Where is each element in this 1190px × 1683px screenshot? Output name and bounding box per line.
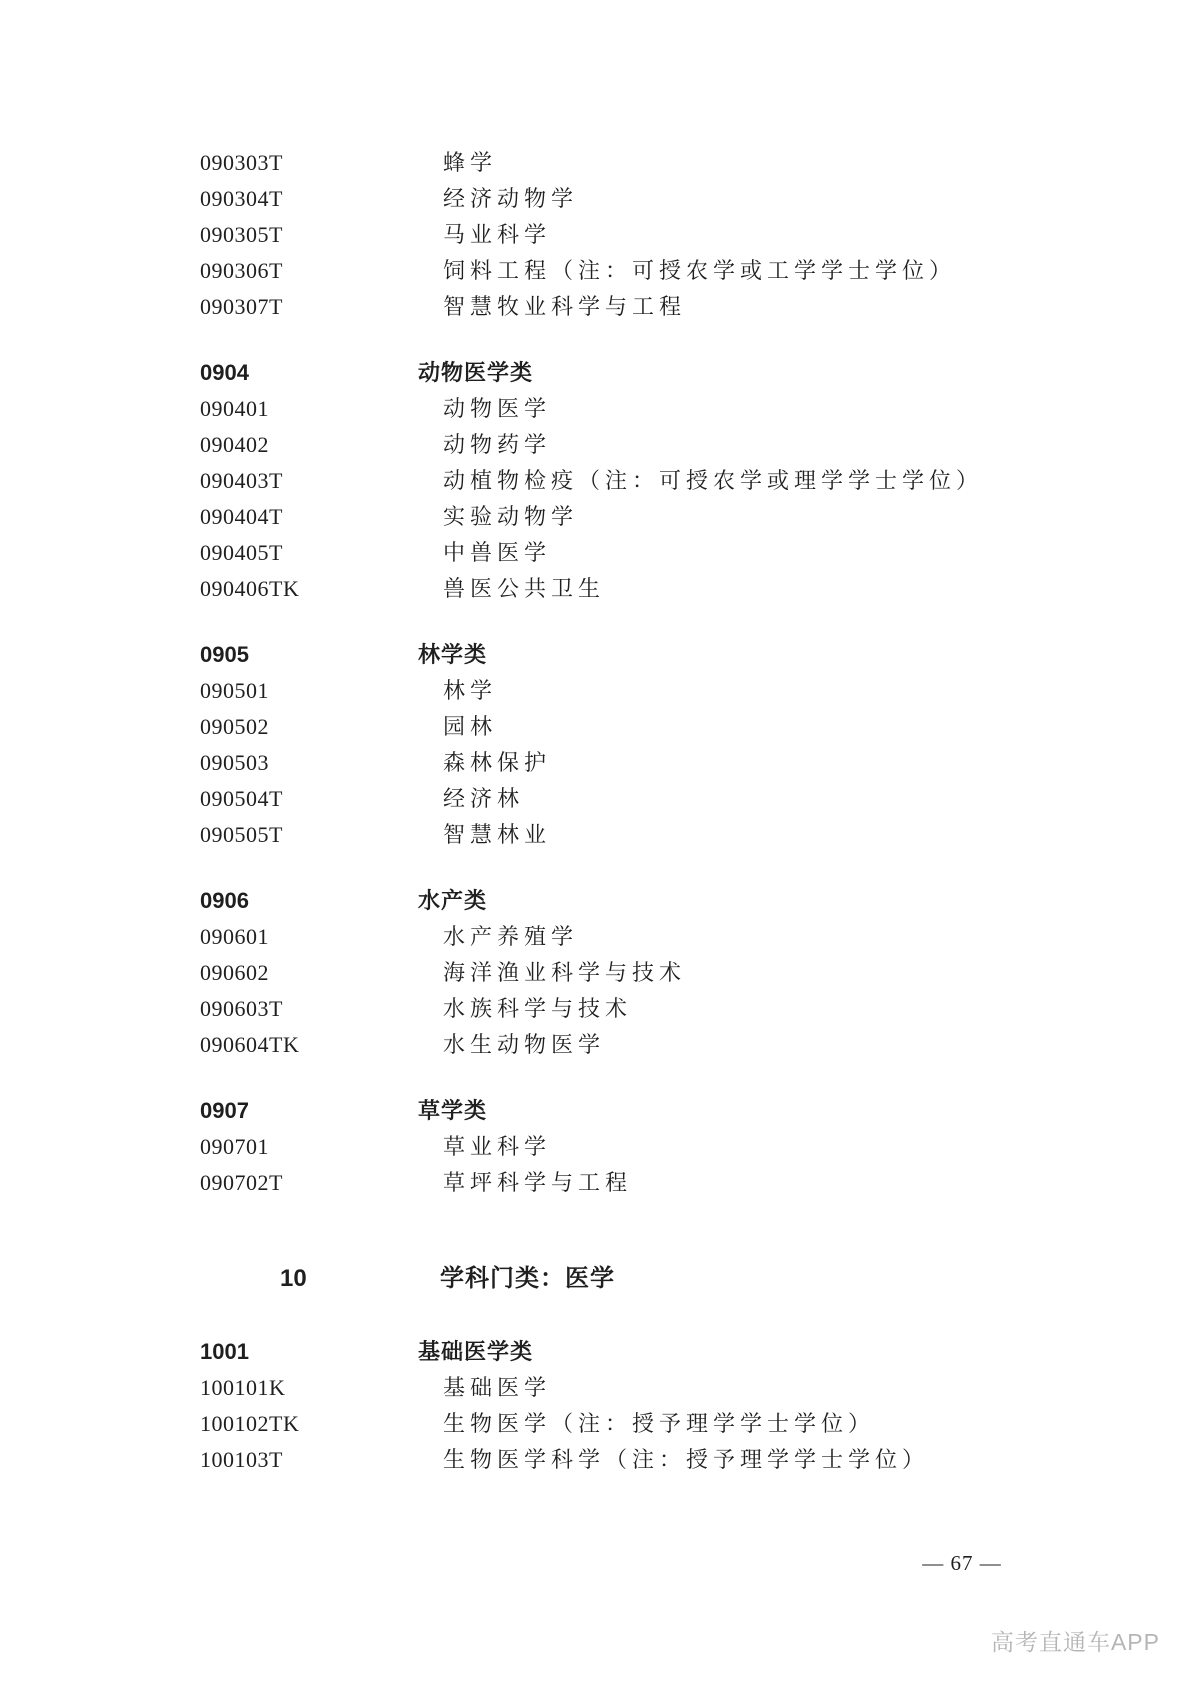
catalog-row: 090403T动植物检疫（注：可授农学或理学学士学位） <box>0 463 1190 499</box>
category-name: 动物医学类 <box>418 355 533 391</box>
catalog-row: 090501林学 <box>0 673 1190 709</box>
catalog-row: 090503森林保护 <box>0 745 1190 781</box>
major-name: 经济林 <box>443 781 524 817</box>
major-code: 090307T <box>200 289 283 325</box>
catalog-row: 100103T生物医学科学（注：授予理学学士学位） <box>0 1442 1190 1478</box>
major-code: 090601 <box>200 919 269 955</box>
category-code: 0905 <box>200 637 249 673</box>
catalog-row: 090305T马业科学 <box>0 217 1190 253</box>
major-code: 090503 <box>200 745 269 781</box>
major-name: 林学 <box>443 673 497 709</box>
major-code: 100103T <box>200 1442 283 1478</box>
catalog-row: 100102TK生物医学（注：授予理学学士学位） <box>0 1406 1190 1442</box>
catalog-row: 090602海洋渔业科学与技术 <box>0 955 1190 991</box>
catalog-row: 090505T智慧林业 <box>0 817 1190 853</box>
catalog-row: 090603T水族科学与技术 <box>0 991 1190 1027</box>
catalog-row: 090303T蜂学 <box>0 145 1190 181</box>
major-name: 兽医公共卫生 <box>443 571 605 607</box>
major-name: 水产养殖学 <box>443 919 578 955</box>
major-name: 智慧牧业科学与工程 <box>443 289 686 325</box>
major-name: 生物医学（注：授予理学学士学位） <box>443 1406 875 1442</box>
catalog-section: 090303T蜂学090304T经济动物学090305T马业科学090306T饲… <box>0 145 1190 325</box>
catalog-row: 090601水产养殖学 <box>0 919 1190 955</box>
catalog-section: 1001基础医学类100101K基础医学100102TK生物医学（注：授予理学学… <box>0 1334 1190 1478</box>
major-name: 中兽医学 <box>443 535 551 571</box>
major-code: 090602 <box>200 955 269 991</box>
major-code: 090403T <box>200 463 283 499</box>
category-name: 基础医学类 <box>418 1334 533 1370</box>
category-header: 0907草学类 <box>0 1093 1190 1129</box>
catalog-row: 090307T智慧牧业科学与工程 <box>0 289 1190 325</box>
catalog-section: 0905林学类090501林学090502园林090503森林保护090504T… <box>0 637 1190 853</box>
category-name: 林学类 <box>418 637 487 673</box>
major-name: 生物医学科学（注：授予理学学士学位） <box>443 1442 929 1478</box>
catalog-row: 090406TK兽医公共卫生 <box>0 571 1190 607</box>
division-heading: 10学科门类：医学 <box>0 1259 1190 1299</box>
page-number: — 67 — <box>881 1551 1043 1576</box>
major-code: 090406TK <box>200 571 299 607</box>
major-code: 090701 <box>200 1129 269 1165</box>
category-name: 水产类 <box>418 883 487 919</box>
major-code: 090501 <box>200 673 269 709</box>
division-title: 学科门类：医学 <box>440 1259 615 1299</box>
catalog-row: 090404T实验动物学 <box>0 499 1190 535</box>
category-code: 0906 <box>200 883 249 919</box>
major-name: 动物药学 <box>443 427 551 463</box>
catalog-row: 090306T饲料工程（注：可授农学或工学学士学位） <box>0 253 1190 289</box>
major-code: 090405T <box>200 535 283 571</box>
catalog-row: 090502园林 <box>0 709 1190 745</box>
major-name: 实验动物学 <box>443 499 578 535</box>
major-name: 森林保护 <box>443 745 551 781</box>
major-name: 基础医学 <box>443 1370 551 1406</box>
major-name: 动物医学 <box>443 391 551 427</box>
category-header: 0904动物医学类 <box>0 355 1190 391</box>
major-code: 100102TK <box>200 1406 299 1442</box>
document-page: 090303T蜂学090304T经济动物学090305T马业科学090306T饲… <box>0 0 1190 1683</box>
major-name: 智慧林业 <box>443 817 551 853</box>
category-name: 草学类 <box>418 1093 487 1129</box>
major-name: 水生动物医学 <box>443 1027 605 1063</box>
category-code: 0904 <box>200 355 249 391</box>
catalog-row: 090702T草坪科学与工程 <box>0 1165 1190 1201</box>
major-name: 蜂学 <box>443 145 497 181</box>
catalog-row: 090504T经济林 <box>0 781 1190 817</box>
catalog-row: 090402动物药学 <box>0 427 1190 463</box>
major-code: 100101K <box>200 1370 285 1406</box>
catalog: 090303T蜂学090304T经济动物学090305T马业科学090306T饲… <box>0 145 1190 1478</box>
major-name: 草业科学 <box>443 1129 551 1165</box>
catalog-section: 0906水产类090601水产养殖学090602海洋渔业科学与技术090603T… <box>0 883 1190 1063</box>
catalog-row: 090604TK水生动物医学 <box>0 1027 1190 1063</box>
category-header: 0905林学类 <box>0 637 1190 673</box>
catalog-row: 090401动物医学 <box>0 391 1190 427</box>
major-code: 090306T <box>200 253 283 289</box>
major-name: 水族科学与技术 <box>443 991 632 1027</box>
major-name: 海洋渔业科学与技术 <box>443 955 686 991</box>
major-code: 090603T <box>200 991 283 1027</box>
watermark: 高考直通车APP <box>991 1624 1160 1657</box>
major-code: 090402 <box>200 427 269 463</box>
major-name: 饲料工程（注：可授农学或工学学士学位） <box>443 253 956 289</box>
major-name: 动植物检疫（注：可授农学或理学学士学位） <box>443 463 983 499</box>
major-code: 090303T <box>200 145 283 181</box>
major-code: 090404T <box>200 499 283 535</box>
major-code: 090504T <box>200 781 283 817</box>
catalog-section: 0907草学类090701草业科学090702T草坪科学与工程 <box>0 1093 1190 1201</box>
major-name: 经济动物学 <box>443 181 578 217</box>
division-number: 10 <box>280 1259 307 1299</box>
category-header: 0906水产类 <box>0 883 1190 919</box>
category-code: 0907 <box>200 1093 249 1129</box>
catalog-row: 090405T中兽医学 <box>0 535 1190 571</box>
major-code: 090505T <box>200 817 283 853</box>
major-name: 草坪科学与工程 <box>443 1165 632 1201</box>
major-code: 090604TK <box>200 1027 299 1063</box>
catalog-row: 090304T经济动物学 <box>0 181 1190 217</box>
catalog-section: 0904动物医学类090401动物医学090402动物药学090403T动植物检… <box>0 355 1190 607</box>
major-code: 090401 <box>200 391 269 427</box>
major-name: 园林 <box>443 709 497 745</box>
major-code: 090304T <box>200 181 283 217</box>
category-header: 1001基础医学类 <box>0 1334 1190 1370</box>
catalog-row: 100101K基础医学 <box>0 1370 1190 1406</box>
major-code: 090502 <box>200 709 269 745</box>
major-code: 090702T <box>200 1165 283 1201</box>
category-code: 1001 <box>200 1334 249 1370</box>
major-name: 马业科学 <box>443 217 551 253</box>
catalog-row: 090701草业科学 <box>0 1129 1190 1165</box>
major-code: 090305T <box>200 217 283 253</box>
